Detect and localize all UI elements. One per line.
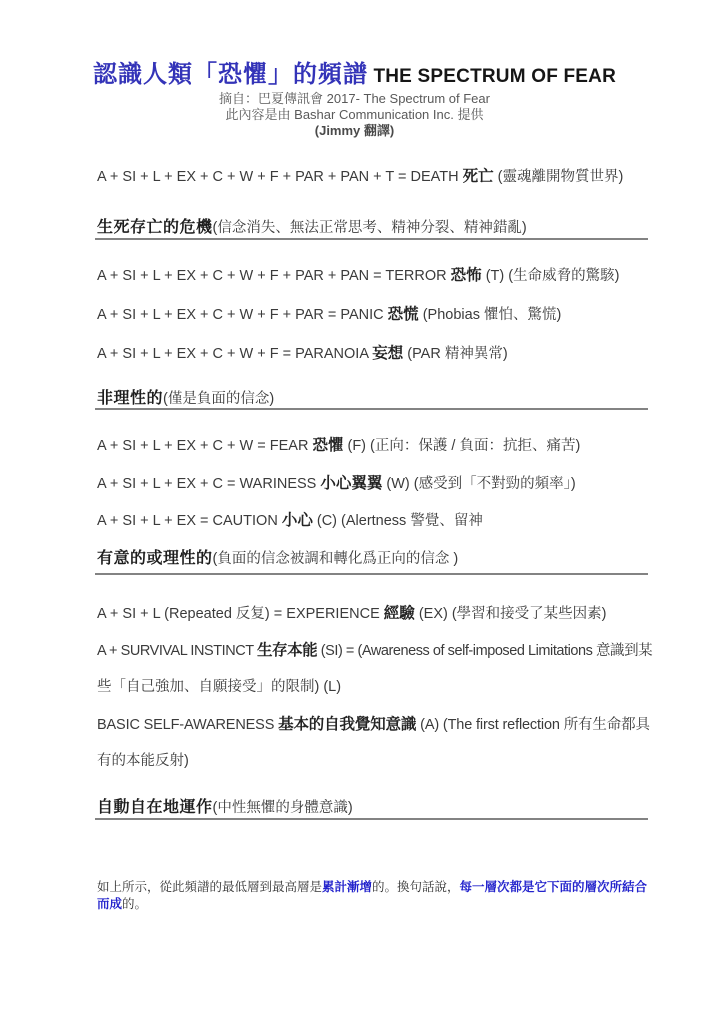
- formula-wariness-pre: A + SI + L + EX + C = WARINESS: [97, 476, 320, 492]
- formula-panic-pre: A + SI + L + EX + C + W + F + PAR = PANI…: [97, 307, 388, 323]
- formula-caution-note: (C) (Alertness 警覺、留神: [313, 513, 483, 529]
- formula-basic-term: 基本的自我覺知意識: [278, 716, 416, 733]
- formula-experience-pre: A + SI + L (Repeated 反复) = EXPERIENCE: [97, 606, 384, 622]
- section-divider-3: [95, 573, 648, 575]
- closing-text-1: 如上所示，從此頻譜的最低層到最高層是: [97, 880, 322, 894]
- closing-emphasis-1: 累計漸增: [322, 880, 372, 894]
- formula-panic: A + SI + L + EX + C + W + F + PAR = PANI…: [97, 302, 561, 324]
- formula-paranoia-pre: A + SI + L + EX + C + W + F = PARANOIA: [97, 346, 372, 362]
- section-heading-rational: 有意的或理性的(負面的信念被調和轉化爲正向的信念 ): [97, 545, 458, 568]
- formula-survival-term: 生存本能: [257, 642, 317, 659]
- formula-survival-pre: A + SURVIVAL INSTINCT: [97, 643, 257, 659]
- formula-basic-note: (A) (The first reflection 所有生命都具: [416, 717, 650, 733]
- section-heading-irrational: 非理性的(僅是負面的信念): [97, 385, 274, 408]
- formula-survival-instinct: A + SURVIVAL INSTINCT 生存本能 (SI) = (Aware…: [97, 638, 652, 660]
- section-heading-irrational-note: (僅是負面的信念): [163, 391, 274, 407]
- closing-text-2: 的。換句話說，: [372, 880, 460, 894]
- formula-death-note: (靈魂離開物質世界): [494, 169, 624, 185]
- formula-caution-pre: A + SI + L + EX = CAUTION: [97, 513, 282, 529]
- formula-basic-awareness: BASIC SELF-AWARENESS 基本的自我覺知意識 (A) (The …: [97, 712, 650, 734]
- document-page: 認識人類「恐懼」的頻譜 THE SPECTRUM OF FEAR 摘自：巴夏傳訊…: [0, 0, 709, 1024]
- section-divider-2: [95, 408, 648, 410]
- formula-panic-term: 恐慌: [388, 306, 419, 323]
- closing-paragraph: 如上所示，從此頻譜的最低層到最高層是累計漸增的。換句話說，每一層次都是它下面的層…: [97, 879, 650, 913]
- formula-terror-note: (T) (生命威脅的驚駭): [482, 268, 620, 284]
- formula-basic-continuation: 有的本能反射): [97, 749, 189, 770]
- section-heading-automatic-note: (中性無懼的身體意識): [213, 800, 353, 816]
- section-heading-crisis: 生死存亡的危機(信念消失、無法正常思考、精神分裂、精神錯亂): [97, 214, 527, 237]
- section-heading-rational-title: 有意的或理性的: [97, 550, 213, 567]
- formula-fear: A + SI + L + EX + C + W = FEAR 恐懼 (F) (正…: [97, 433, 580, 455]
- section-heading-crisis-title: 生死存亡的危機: [97, 219, 213, 236]
- section-heading-automatic: 自動自在地運作(中性無懼的身體意識): [97, 794, 353, 817]
- formula-caution: A + SI + L + EX = CAUTION 小心 (C) (Alertn…: [97, 508, 483, 530]
- section-heading-irrational-title: 非理性的: [97, 390, 163, 407]
- formula-terror-pre: A + SI + L + EX + C + W + F + PAR + PAN …: [97, 268, 451, 284]
- formula-basic-pre: BASIC SELF-AWARENESS: [97, 717, 278, 733]
- page-title: 認識人類「恐懼」的頻譜 THE SPECTRUM OF FEAR: [0, 54, 709, 89]
- formula-experience: A + SI + L (Repeated 反复) = EXPERIENCE 經驗…: [97, 601, 607, 623]
- formula-death-pre: A + SI + L + EX + C + W + F + PAR + PAN …: [97, 169, 463, 185]
- formula-panic-note: (Phobias 懼怕、驚慌): [419, 307, 562, 323]
- section-heading-crisis-note: (信念消失、無法正常思考、精神分裂、精神錯亂): [213, 220, 527, 236]
- formula-paranoia-term: 妄想: [372, 345, 403, 362]
- formula-experience-note: (EX) (學習和接受了某些因素): [415, 606, 607, 622]
- page-title-english: THE SPECTRUM OF FEAR: [368, 66, 616, 87]
- formula-fear-term: 恐懼: [312, 437, 343, 454]
- section-divider-4: [95, 818, 648, 820]
- formula-caution-term: 小心: [282, 512, 313, 529]
- subtitle-translator: (Jimmy 翻譯): [0, 120, 709, 139]
- section-divider-1: [95, 238, 648, 240]
- formula-fear-pre: A + SI + L + EX + C + W = FEAR: [97, 438, 312, 454]
- formula-terror: A + SI + L + EX + C + W + F + PAR + PAN …: [97, 263, 619, 285]
- formula-death-term: 死亡: [463, 168, 494, 185]
- formula-wariness-note: (W) (感受到「不對勁的頻率」): [382, 476, 575, 492]
- section-heading-automatic-title: 自動自在地運作: [97, 799, 213, 816]
- formula-survival-note: (SI) = (Awareness of self-imposed Limita…: [317, 643, 652, 659]
- formula-survival-continuation: 些「自己強加、自願接受」的限制) (L): [97, 675, 341, 696]
- formula-paranoia: A + SI + L + EX + C + W + F = PARANOIA 妄…: [97, 341, 508, 363]
- formula-wariness: A + SI + L + EX + C = WARINESS 小心翼翼 (W) …: [97, 471, 576, 493]
- formula-death: A + SI + L + EX + C + W + F + PAR + PAN …: [97, 164, 623, 186]
- formula-paranoia-note: (PAR 精神異常): [403, 346, 507, 362]
- formula-experience-term: 經驗: [384, 605, 415, 622]
- closing-text-3: 的。: [122, 897, 147, 911]
- formula-fear-note: (F) (正向：保護 / 負面：抗拒、痛苦): [343, 438, 580, 454]
- page-title-chinese: 認識人類「恐懼」的頻譜: [93, 59, 368, 88]
- formula-terror-term: 恐怖: [451, 267, 482, 284]
- section-heading-rational-note: (負面的信念被調和轉化爲正向的信念 ): [213, 551, 459, 567]
- formula-wariness-term: 小心翼翼: [320, 475, 382, 492]
